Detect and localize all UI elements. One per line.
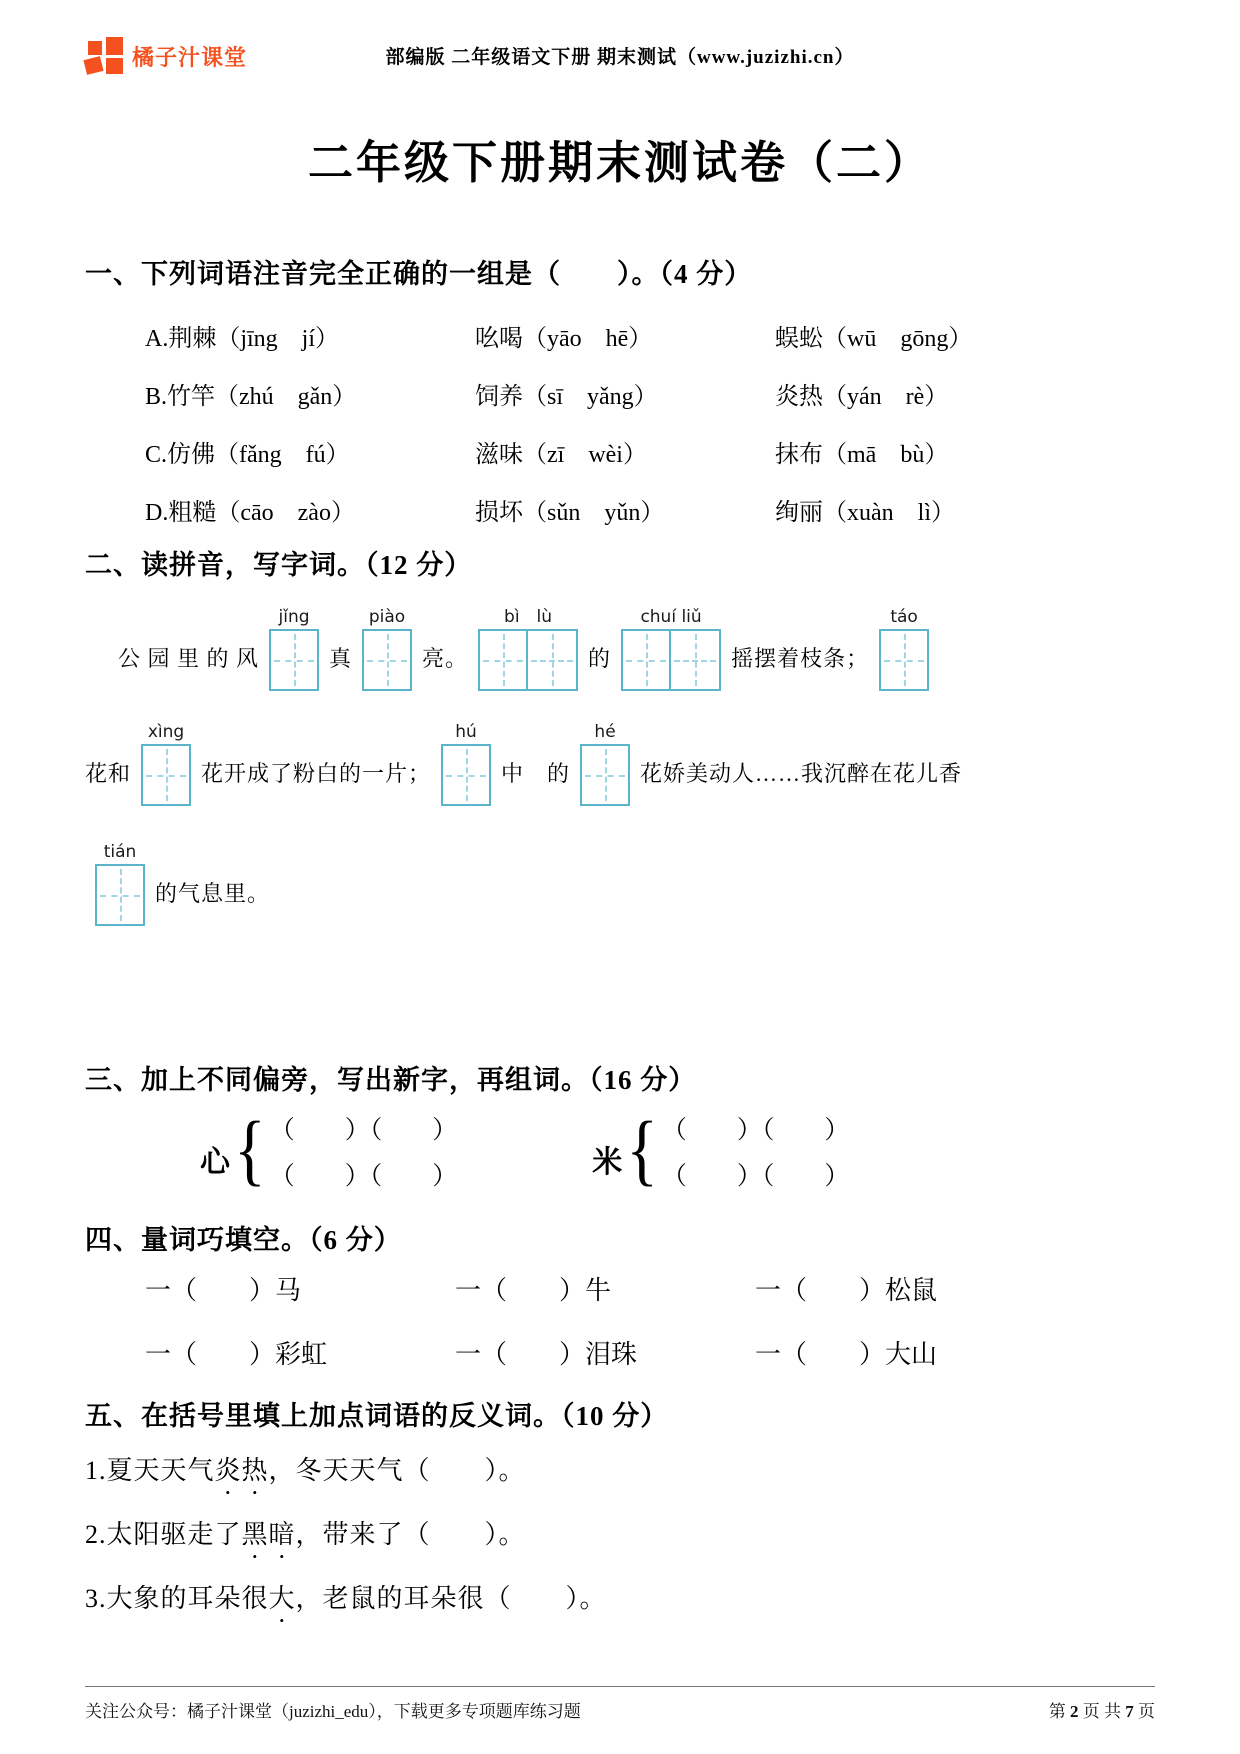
writing-box[interactable]: [671, 629, 721, 691]
answer-box-group: xìng: [141, 720, 191, 806]
quantifier-row-1: 一（ ）马 一（ ）牛 一（ ）松鼠: [145, 1270, 1065, 1307]
answer-box-group: hé: [580, 720, 630, 806]
brace-icon: {: [626, 1111, 658, 1190]
writing-boxes: [478, 629, 578, 691]
sentence-text: 2.太阳驱走了: [85, 1520, 242, 1549]
quantifier-item: 一（ ）马: [145, 1270, 455, 1307]
answer-box-group: hú: [441, 720, 491, 806]
writing-box[interactable]: [362, 629, 412, 691]
antonym-item-3: 3.大象的耳朵很大，老鼠的耳朵很（ ）。: [85, 1578, 607, 1628]
option-row-c: C.仿佛（fǎng fú） 滋味（zī wèi） 抹布（mā bù）: [145, 434, 1105, 469]
answer-box-group: chuí liǔ: [621, 605, 721, 691]
writing-boxes: [362, 629, 412, 691]
sentence-text: ，老鼠的耳朵很（ ）。: [296, 1584, 607, 1613]
blank-pairs: （ ）（ ） （ ）（ ）: [270, 1110, 458, 1192]
q3-heading: 三、加上不同偏旁，写出新字，再组词。（16 分）: [85, 1058, 696, 1097]
answer-box-group: tián: [95, 840, 145, 926]
radical-group-mi: 米 { （ ）（ ） （ ）（ ）: [592, 1110, 849, 1192]
pinyin-row-1: 公 园 里 的 风 jǐng 真 piào 亮。 bì lù 的 chuí li…: [118, 605, 929, 691]
writing-boxes: [269, 629, 319, 691]
blank-line: （ ）（ ）: [270, 1156, 458, 1192]
quantifier-item: 一（ ）牛: [455, 1270, 755, 1307]
page-footer: 关注公众号：橘子汁课堂（juzizhi_edu），下载更多专项题库练习题 第 2…: [85, 1697, 1155, 1722]
quantifier-item: 一（ ）松鼠: [755, 1270, 1065, 1307]
option-cell: 蜈蚣（wū gōng）: [775, 318, 1105, 353]
worksheet-page: 橘子汁课堂 部编版 二年级语文下册 期末测试（www.juzizhi.cn） 二…: [0, 0, 1240, 1754]
option-cell: 损坏（sǔn yǔn）: [475, 492, 775, 527]
q4-heading: 四、量词巧填空。（6 分）: [85, 1218, 402, 1257]
option-cell: 炎热（yán rè）: [775, 376, 1105, 411]
pinyin-row-2: 花和 xìng 花开成了粉白的一片； hú 中 的 hé 花娇美动人……我沉醉在…: [85, 720, 962, 806]
page-title: 二年级下册期末测试卷（二）: [0, 126, 1240, 191]
answer-box-group: jǐng: [269, 605, 319, 691]
q1-options: A.荆棘（jīng jí） 吆喝（yāo hē） 蜈蚣（wū gōng） B.竹…: [145, 306, 1105, 538]
pinyin-label: chuí liǔ: [621, 605, 721, 629]
pinyin-label: táo: [879, 605, 929, 629]
radical-group-xin: 心 { （ ）（ ） （ ）（ ）: [200, 1110, 457, 1192]
pinyin-label: xìng: [141, 720, 191, 744]
option-cell: C.仿佛（fǎng fú）: [145, 434, 475, 469]
q5-heading: 五、在括号里填上加点词语的反义词。（10 分）: [85, 1394, 668, 1433]
writing-box[interactable]: [580, 744, 630, 806]
sentence-text: 3.大象的耳朵很: [85, 1584, 269, 1613]
answer-box-group: piào: [362, 605, 412, 691]
q2-heading: 二、读拼音，写字词。（12 分）: [85, 543, 472, 582]
text-segment: 中 的: [501, 757, 570, 806]
writing-boxes: [441, 744, 491, 806]
text-segment: 花开成了粉白的一片；: [201, 757, 431, 806]
option-row-d: D.粗糙（cāo zào） 损坏（sǔn yǔn） 绚丽（xuàn lì）: [145, 492, 1105, 527]
text-segment: 花和: [85, 757, 131, 806]
answer-box-group: bì lù: [478, 605, 578, 691]
text-segment: 亮。: [422, 642, 468, 691]
footer-page-text: 页 共: [1079, 1702, 1126, 1721]
footer-page-indicator: 第 2 页 共 7 页: [1049, 1697, 1155, 1722]
quantifier-item: 一（ ）泪珠: [455, 1334, 755, 1371]
text-segment: 花娇美动人……我沉醉在花儿香: [640, 757, 962, 806]
writing-boxes: [879, 629, 929, 691]
footer-page-number: 2: [1070, 1702, 1079, 1721]
pinyin-label: hú: [441, 720, 491, 744]
blank-line: （ ）（ ）: [662, 1110, 850, 1146]
pinyin-label: jǐng: [269, 605, 319, 629]
text-segment: 摇摆着枝条；: [731, 642, 869, 691]
writing-boxes: [621, 629, 721, 691]
writing-box[interactable]: [621, 629, 671, 691]
writing-box[interactable]: [528, 629, 578, 691]
option-row-a: A.荆棘（jīng jí） 吆喝（yāo hē） 蜈蚣（wū gōng）: [145, 318, 1105, 353]
dotted-word: 大: [269, 1584, 296, 1613]
pinyin-row-3: tián 的气息里。: [95, 840, 270, 926]
writing-box[interactable]: [141, 744, 191, 806]
writing-box[interactable]: [879, 629, 929, 691]
pinyin-label: hé: [580, 720, 630, 744]
option-cell: A.荆棘（jīng jí）: [145, 318, 475, 353]
footer-page-text: 页: [1134, 1702, 1155, 1721]
writing-box[interactable]: [95, 864, 145, 926]
quantifier-item: 一（ ）彩虹: [145, 1334, 455, 1371]
sentence-text: ，冬天天气（ ）。: [269, 1456, 526, 1485]
antonym-item-1: 1.夏天天气炎热，冬天天气（ ）。: [85, 1450, 526, 1500]
logo-text: 橘子汁课堂: [132, 41, 247, 72]
blank-pairs: （ ）（ ） （ ）（ ）: [662, 1110, 850, 1192]
text-segment: 真: [329, 642, 352, 691]
blank-line: （ ）（ ）: [662, 1156, 850, 1192]
dotted-word: 黑暗: [242, 1520, 296, 1549]
header-logo[interactable]: 橘子汁课堂: [85, 36, 247, 76]
radical-char: 米: [592, 1137, 622, 1181]
brace-icon: {: [234, 1111, 266, 1190]
logo-squares-icon: [85, 36, 125, 76]
option-cell: D.粗糙（cāo zào）: [145, 492, 475, 527]
footer-page-text: 第: [1049, 1702, 1070, 1721]
page-header: 橘子汁课堂 部编版 二年级语文下册 期末测试（www.juzizhi.cn）: [85, 34, 1155, 82]
sentence-text: ，带来了（ ）。: [296, 1520, 526, 1549]
q3-content: 心 { （ ）（ ） （ ）（ ） 米 { （ ）（ ） （ ）（ ）: [200, 1110, 849, 1192]
option-cell: 绚丽（xuàn lì）: [775, 492, 1105, 527]
writing-box[interactable]: [269, 629, 319, 691]
radical-char: 心: [200, 1137, 230, 1181]
option-cell: 吆喝（yāo hē）: [475, 318, 775, 353]
text-segment: 的: [588, 642, 611, 691]
writing-box[interactable]: [478, 629, 528, 691]
pinyin-label: bì lù: [478, 605, 578, 629]
footer-page-total: 7: [1125, 1702, 1134, 1721]
sentence-text: 1.夏天天气: [85, 1456, 215, 1485]
blank-line: （ ）（ ）: [270, 1110, 458, 1146]
option-cell: 抹布（mā bù）: [775, 434, 1105, 469]
option-cell: 滋味（zī wèi）: [475, 434, 775, 469]
option-cell: 饲养（sī yǎng）: [475, 376, 775, 411]
writing-box[interactable]: [441, 744, 491, 806]
dotted-word: 炎热: [215, 1456, 269, 1485]
text-segment: 公 园 里 的 风: [118, 642, 259, 691]
text-segment: 的气息里。: [155, 877, 270, 926]
footer-divider: [85, 1686, 1155, 1687]
writing-boxes: [580, 744, 630, 806]
writing-boxes: [95, 864, 145, 926]
writing-boxes: [141, 744, 191, 806]
option-row-b: B.竹竿（zhú gǎn） 饲养（sī yǎng） 炎热（yán rè）: [145, 376, 1105, 411]
answer-box-group: táo: [879, 605, 929, 691]
antonym-item-2: 2.太阳驱走了黑暗，带来了（ ）。: [85, 1514, 526, 1564]
footer-note: 关注公众号：橘子汁课堂（juzizhi_edu），下载更多专项题库练习题: [85, 1697, 581, 1722]
quantifier-item: 一（ ）大山: [755, 1334, 1065, 1371]
quantifier-row-2: 一（ ）彩虹 一（ ）泪珠 一（ ）大山: [145, 1334, 1065, 1371]
pinyin-label: piào: [362, 605, 412, 629]
q1-heading: 一、下列词语注音完全正确的一组是（ ）。（4 分）: [85, 252, 752, 291]
pinyin-label: tián: [95, 840, 145, 864]
option-cell: B.竹竿（zhú gǎn）: [145, 376, 475, 411]
